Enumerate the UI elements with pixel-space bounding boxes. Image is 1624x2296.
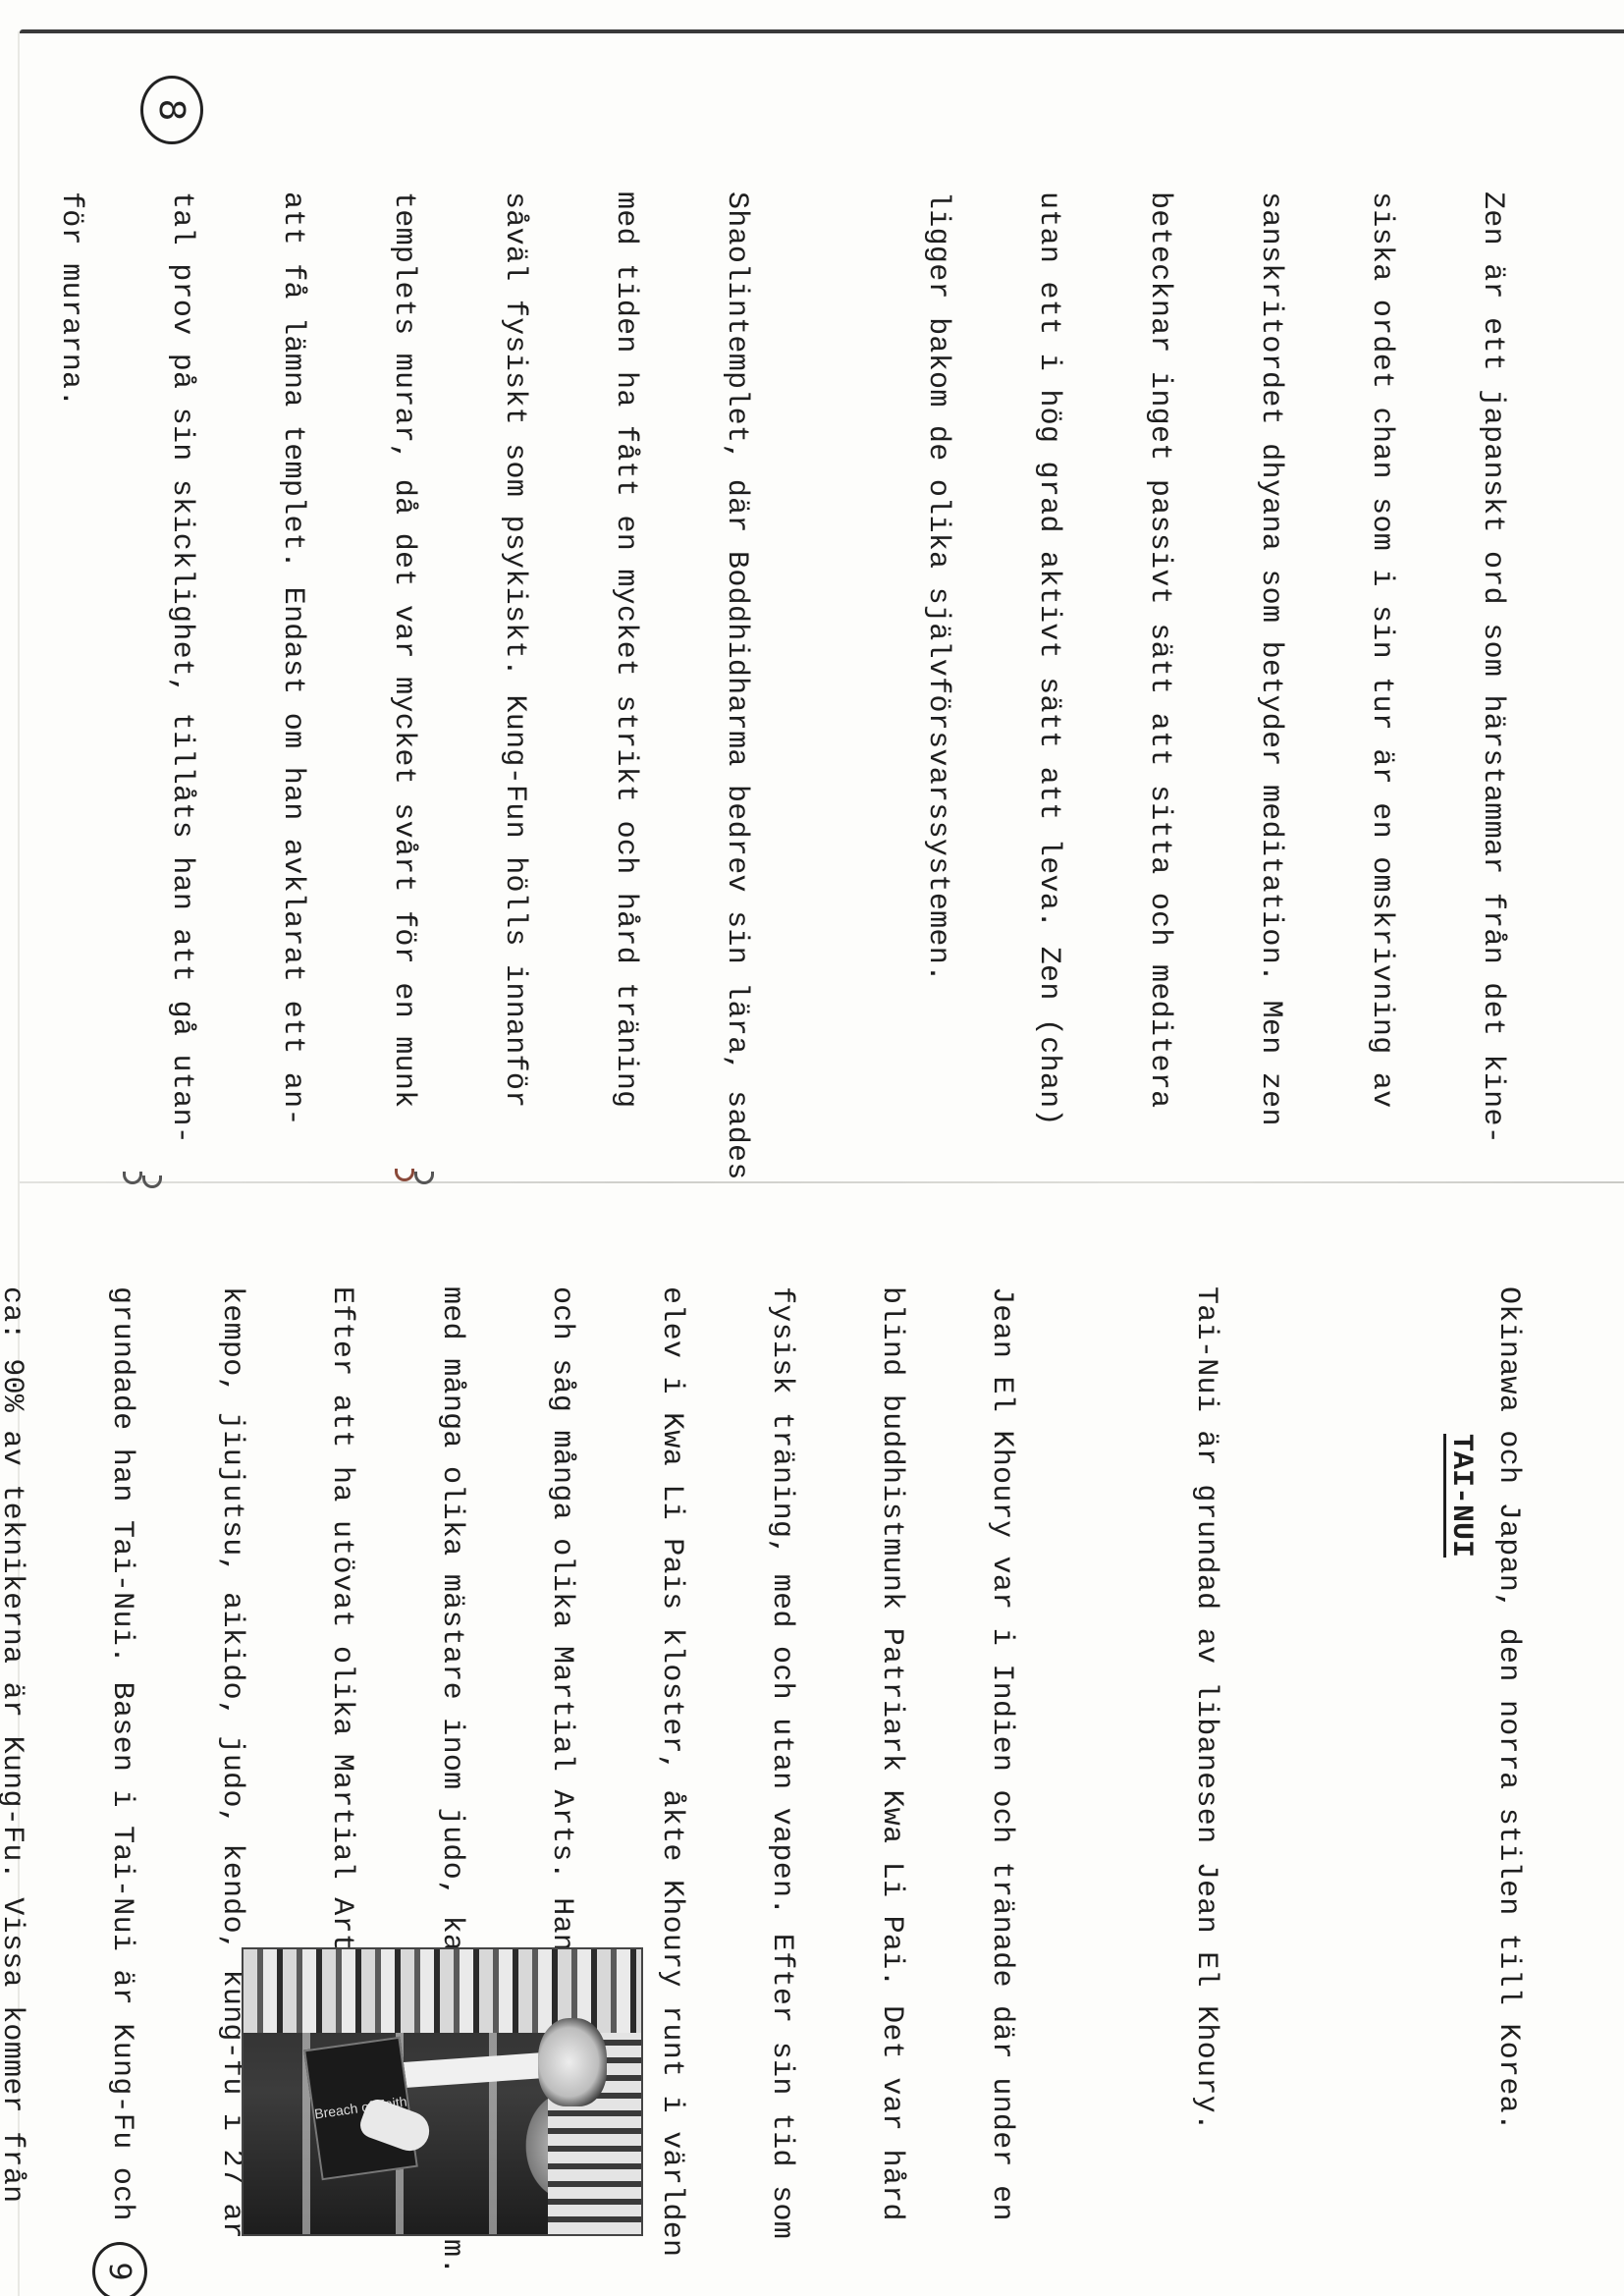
text-line: elev i Kwa Li Pais kloster, åkte Khoury … <box>650 1286 693 2275</box>
photo-head <box>538 2018 607 2106</box>
text-line: fysisk träning, med och utan vapen. Efte… <box>760 1286 803 2275</box>
text-line: med tiden ha fått en mycket strikt och h… <box>603 191 647 1180</box>
text-line: grundade han Tai-Nui. Basen i Tai-Nui är… <box>100 1286 143 2275</box>
text-line: för murarna. <box>48 191 92 1180</box>
text-line: Jean El Khoury var i Indien och tränade … <box>980 1286 1023 2275</box>
text-line: betecknar inget passivt sätt att sitta o… <box>1137 191 1181 1180</box>
text-line: utan ett i hög grad aktivt sätt att leva… <box>1026 191 1070 1180</box>
page8-text: Zen är ett japanskt ord som härstammar f… <box>0 191 1581 1180</box>
paper-top-edge <box>20 29 1624 33</box>
text-line: Tai-Nui är grundad av libanesen Jean El … <box>1184 1286 1227 2275</box>
text-line: ligger bakom de olika självförsvarssyste… <box>915 191 959 1180</box>
center-fold <box>20 1181 1624 1183</box>
photo-arm <box>390 2051 558 2089</box>
photo-man-reading: Breach of Faith <box>244 1949 641 2234</box>
section-heading-tai-nui: TAI-NUI <box>1444 1434 1478 1558</box>
text-line: att få lämna templet. Endast om han avkl… <box>270 191 314 1180</box>
text-line: tal prov på sin skicklighet, tillåts han… <box>159 191 203 1180</box>
page-number-text: 9 <box>103 2262 137 2280</box>
page9-text: Okinawa och Japan, den norra stilen till… <box>0 1286 1597 2275</box>
text-line: Shaolintemplet, där Boddhidharma bedrev … <box>714 191 758 1180</box>
paragraph-gap <box>825 191 848 1180</box>
text-line: templets murar, då det var mycket svårt … <box>381 191 425 1180</box>
paragraph-gap <box>1090 1286 1117 2275</box>
text-line: siska ordet chan som i sin tur är en oms… <box>1359 191 1403 1180</box>
text-line: blind buddhistmunk Patriark Kwa Li Pai. … <box>870 1286 913 2275</box>
page-number-9: 9 <box>92 2242 147 2296</box>
text-line: Zen är ett japanskt ord som härstammar f… <box>1470 191 1514 1180</box>
page-number-text: 8 <box>152 99 192 122</box>
page-number-8: 8 <box>140 76 203 144</box>
heading-spacer <box>1294 1286 1420 2275</box>
text-line: ca: 90% av teknikerna är Kung-Fu. Vissa … <box>0 1286 33 2275</box>
text-line: såväl fysiskt som psykiskt. Kung-Fun höl… <box>492 191 536 1180</box>
intro-line: Okinawa och Japan, den norra stilen till… <box>1487 1286 1530 2275</box>
text-line: sanskritordet dhyana som betyder meditat… <box>1248 191 1292 1180</box>
